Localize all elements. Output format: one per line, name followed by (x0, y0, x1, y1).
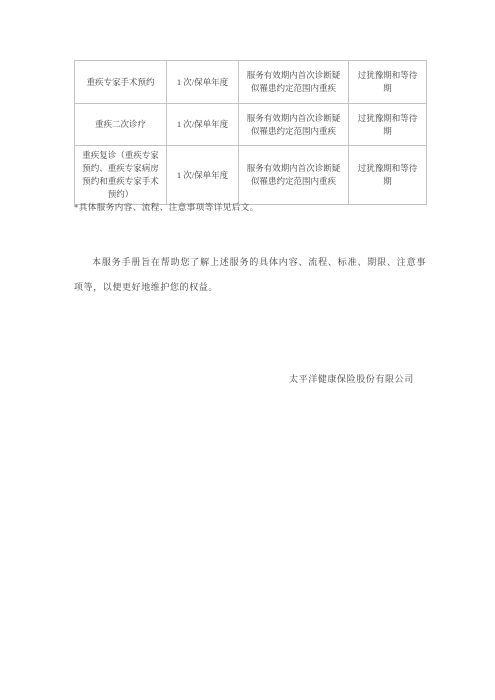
company-signature: 太平洋健康保险股份有限公司 (289, 373, 414, 386)
cell-service-frequency: 1 次/保单年度 (167, 146, 239, 205)
cell-service-period: 过犹豫期和等待期 (349, 61, 427, 104)
cell-service-period: 过犹豫期和等待期 (349, 104, 427, 146)
cell-service-frequency: 1 次/保单年度 (167, 104, 239, 146)
footnote: *具体服务内容、流程、注意事项等详见后文。 (74, 201, 259, 214)
cell-service-condition: 服务有效期内首次诊断疑似罹患约定范围内重疾 (239, 104, 349, 146)
table-row: 重疾复诊（重疾专家预约、重疾专家病房预约和重疾专家手术预约） 1 次/保单年度 … (75, 146, 427, 205)
table-row: 重疾专家手术预约 1 次/保单年度 服务有效期内首次诊断疑似罹患约定范围内重疾 … (75, 61, 427, 104)
cell-service-name: 重疾二次诊疗 (75, 104, 167, 146)
table-row: 重疾二次诊疗 1 次/保单年度 服务有效期内首次诊断疑似罹患约定范围内重疾 过犹… (75, 104, 427, 146)
service-table-body: 重疾专家手术预约 1 次/保单年度 服务有效期内首次诊断疑似罹患约定范围内重疾 … (75, 61, 427, 205)
cell-service-condition: 服务有效期内首次诊断疑似罹患约定范围内重疾 (239, 146, 349, 205)
cell-service-period: 过犹豫期和等待期 (349, 146, 427, 205)
document-page: 重疾专家手术预约 1 次/保单年度 服务有效期内首次诊断疑似罹患约定范围内重疾 … (0, 0, 495, 700)
intro-paragraph: 本服务手册旨在帮助您了解上述服务的具体内容、流程、标准、期限、注意事项等，以便更… (74, 250, 426, 300)
service-table: 重疾专家手术预约 1 次/保单年度 服务有效期内首次诊断疑似罹患约定范围内重疾 … (74, 60, 427, 205)
cell-service-name: 重疾专家手术预约 (75, 61, 167, 104)
cell-service-frequency: 1 次/保单年度 (167, 61, 239, 104)
cell-service-condition: 服务有效期内首次诊断疑似罹患约定范围内重疾 (239, 61, 349, 104)
cell-service-name: 重疾复诊（重疾专家预约、重疾专家病房预约和重疾专家手术预约） (75, 146, 167, 205)
